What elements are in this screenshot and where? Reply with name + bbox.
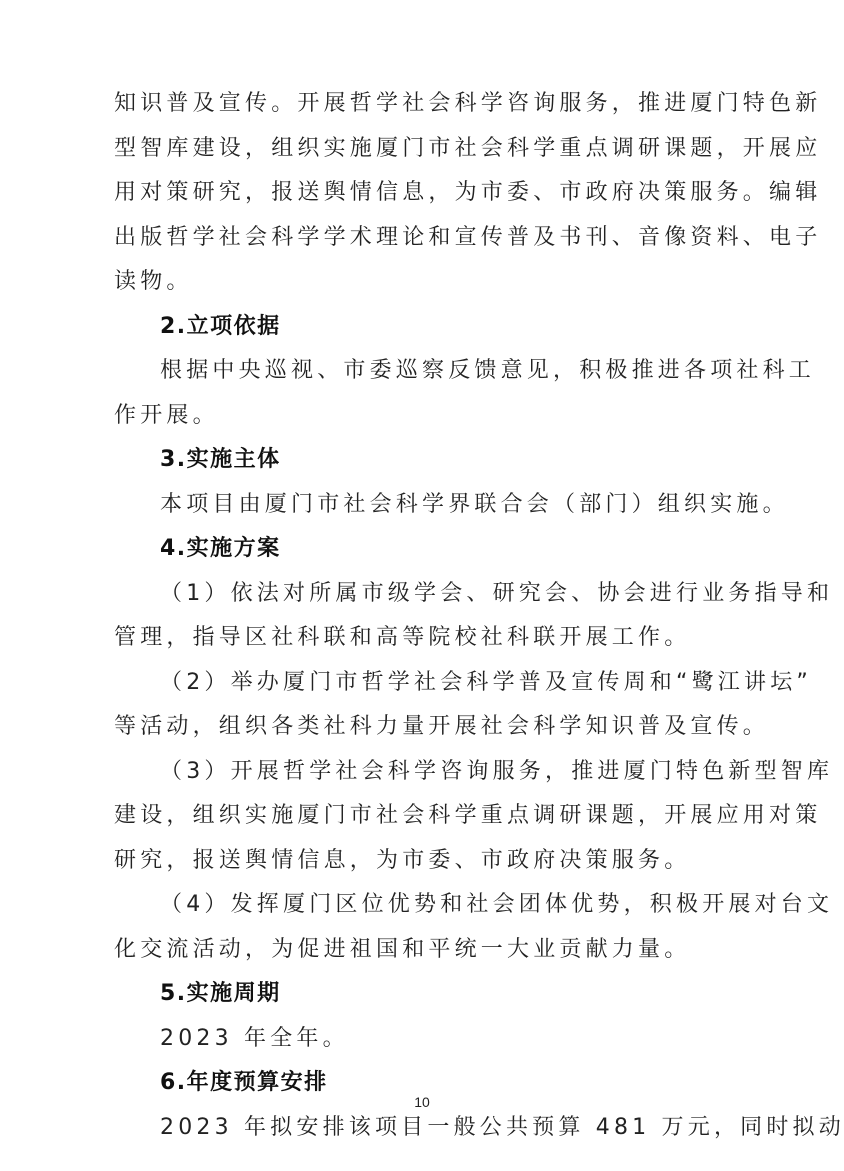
text-line: 作开展。 xyxy=(114,394,774,439)
document-page: 知识普及宣传。开展哲学社会科学咨询服务，推进厦门特色新 型智库建设，组织实施厦门… xyxy=(0,0,844,1171)
text-line: 等活动，组织各类社科力量开展社会科学知识普及宣传。 xyxy=(114,705,774,750)
section-heading-plan: 4.实施方案 xyxy=(114,527,774,572)
section-heading-implementer: 3.实施主体 xyxy=(114,438,774,483)
text-line: （2）举办厦门市哲学社会科学普及宣传周和“鹭江讲坛” xyxy=(114,661,774,706)
document-body: 知识普及宣传。开展哲学社会科学咨询服务，推进厦门特色新 型智库建设，组织实施厦门… xyxy=(114,82,774,1150)
text-line: 读物。 xyxy=(114,260,774,305)
text-line: 研究，报送舆情信息，为市委、市政府决策服务。 xyxy=(114,839,774,884)
text-line: （4）发挥厦门区位优势和社会团体优势，积极开展对台文 xyxy=(114,883,774,928)
text-line: 管理，指导区社科联和高等院校社科联开展工作。 xyxy=(114,616,774,661)
text-line: 化交流活动，为促进祖国和平统一大业贡献力量。 xyxy=(114,928,774,973)
text-line: （3）开展哲学社会科学咨询服务，推进厦门特色新型智库 xyxy=(114,750,774,795)
text-line: （1）依法对所属市级学会、研究会、协会进行业务指导和 xyxy=(114,572,774,617)
section-heading-basis: 2.立项依据 xyxy=(114,305,774,350)
text-line: 知识普及宣传。开展哲学社会科学咨询服务，推进厦门特色新 xyxy=(114,82,774,127)
page-number: 10 xyxy=(0,1094,844,1110)
text-line: 根据中央巡视、市委巡察反馈意见，积极推进各项社科工 xyxy=(114,349,774,394)
text-line: 本项目由厦门市社会科学界联合会（部门）组织实施。 xyxy=(114,483,774,528)
text-line: 建设，组织实施厦门市社会科学重点调研课题，开展应用对策 xyxy=(114,794,774,839)
text-line: 用对策研究，报送舆情信息，为市委、市政府决策服务。编辑 xyxy=(114,171,774,216)
section-heading-period: 5.实施周期 xyxy=(114,972,774,1017)
text-line: 2023 年拟安排该项目一般公共预算 481 万元，同时拟动用 xyxy=(114,1106,774,1151)
text-line: 出版哲学社会科学学术理论和宣传普及书刊、音像资料、电子 xyxy=(114,216,774,261)
text-line: 型智库建设，组织实施厦门市社会科学重点调研课题，开展应 xyxy=(114,127,774,172)
text-line: 2023 年全年。 xyxy=(114,1017,774,1062)
